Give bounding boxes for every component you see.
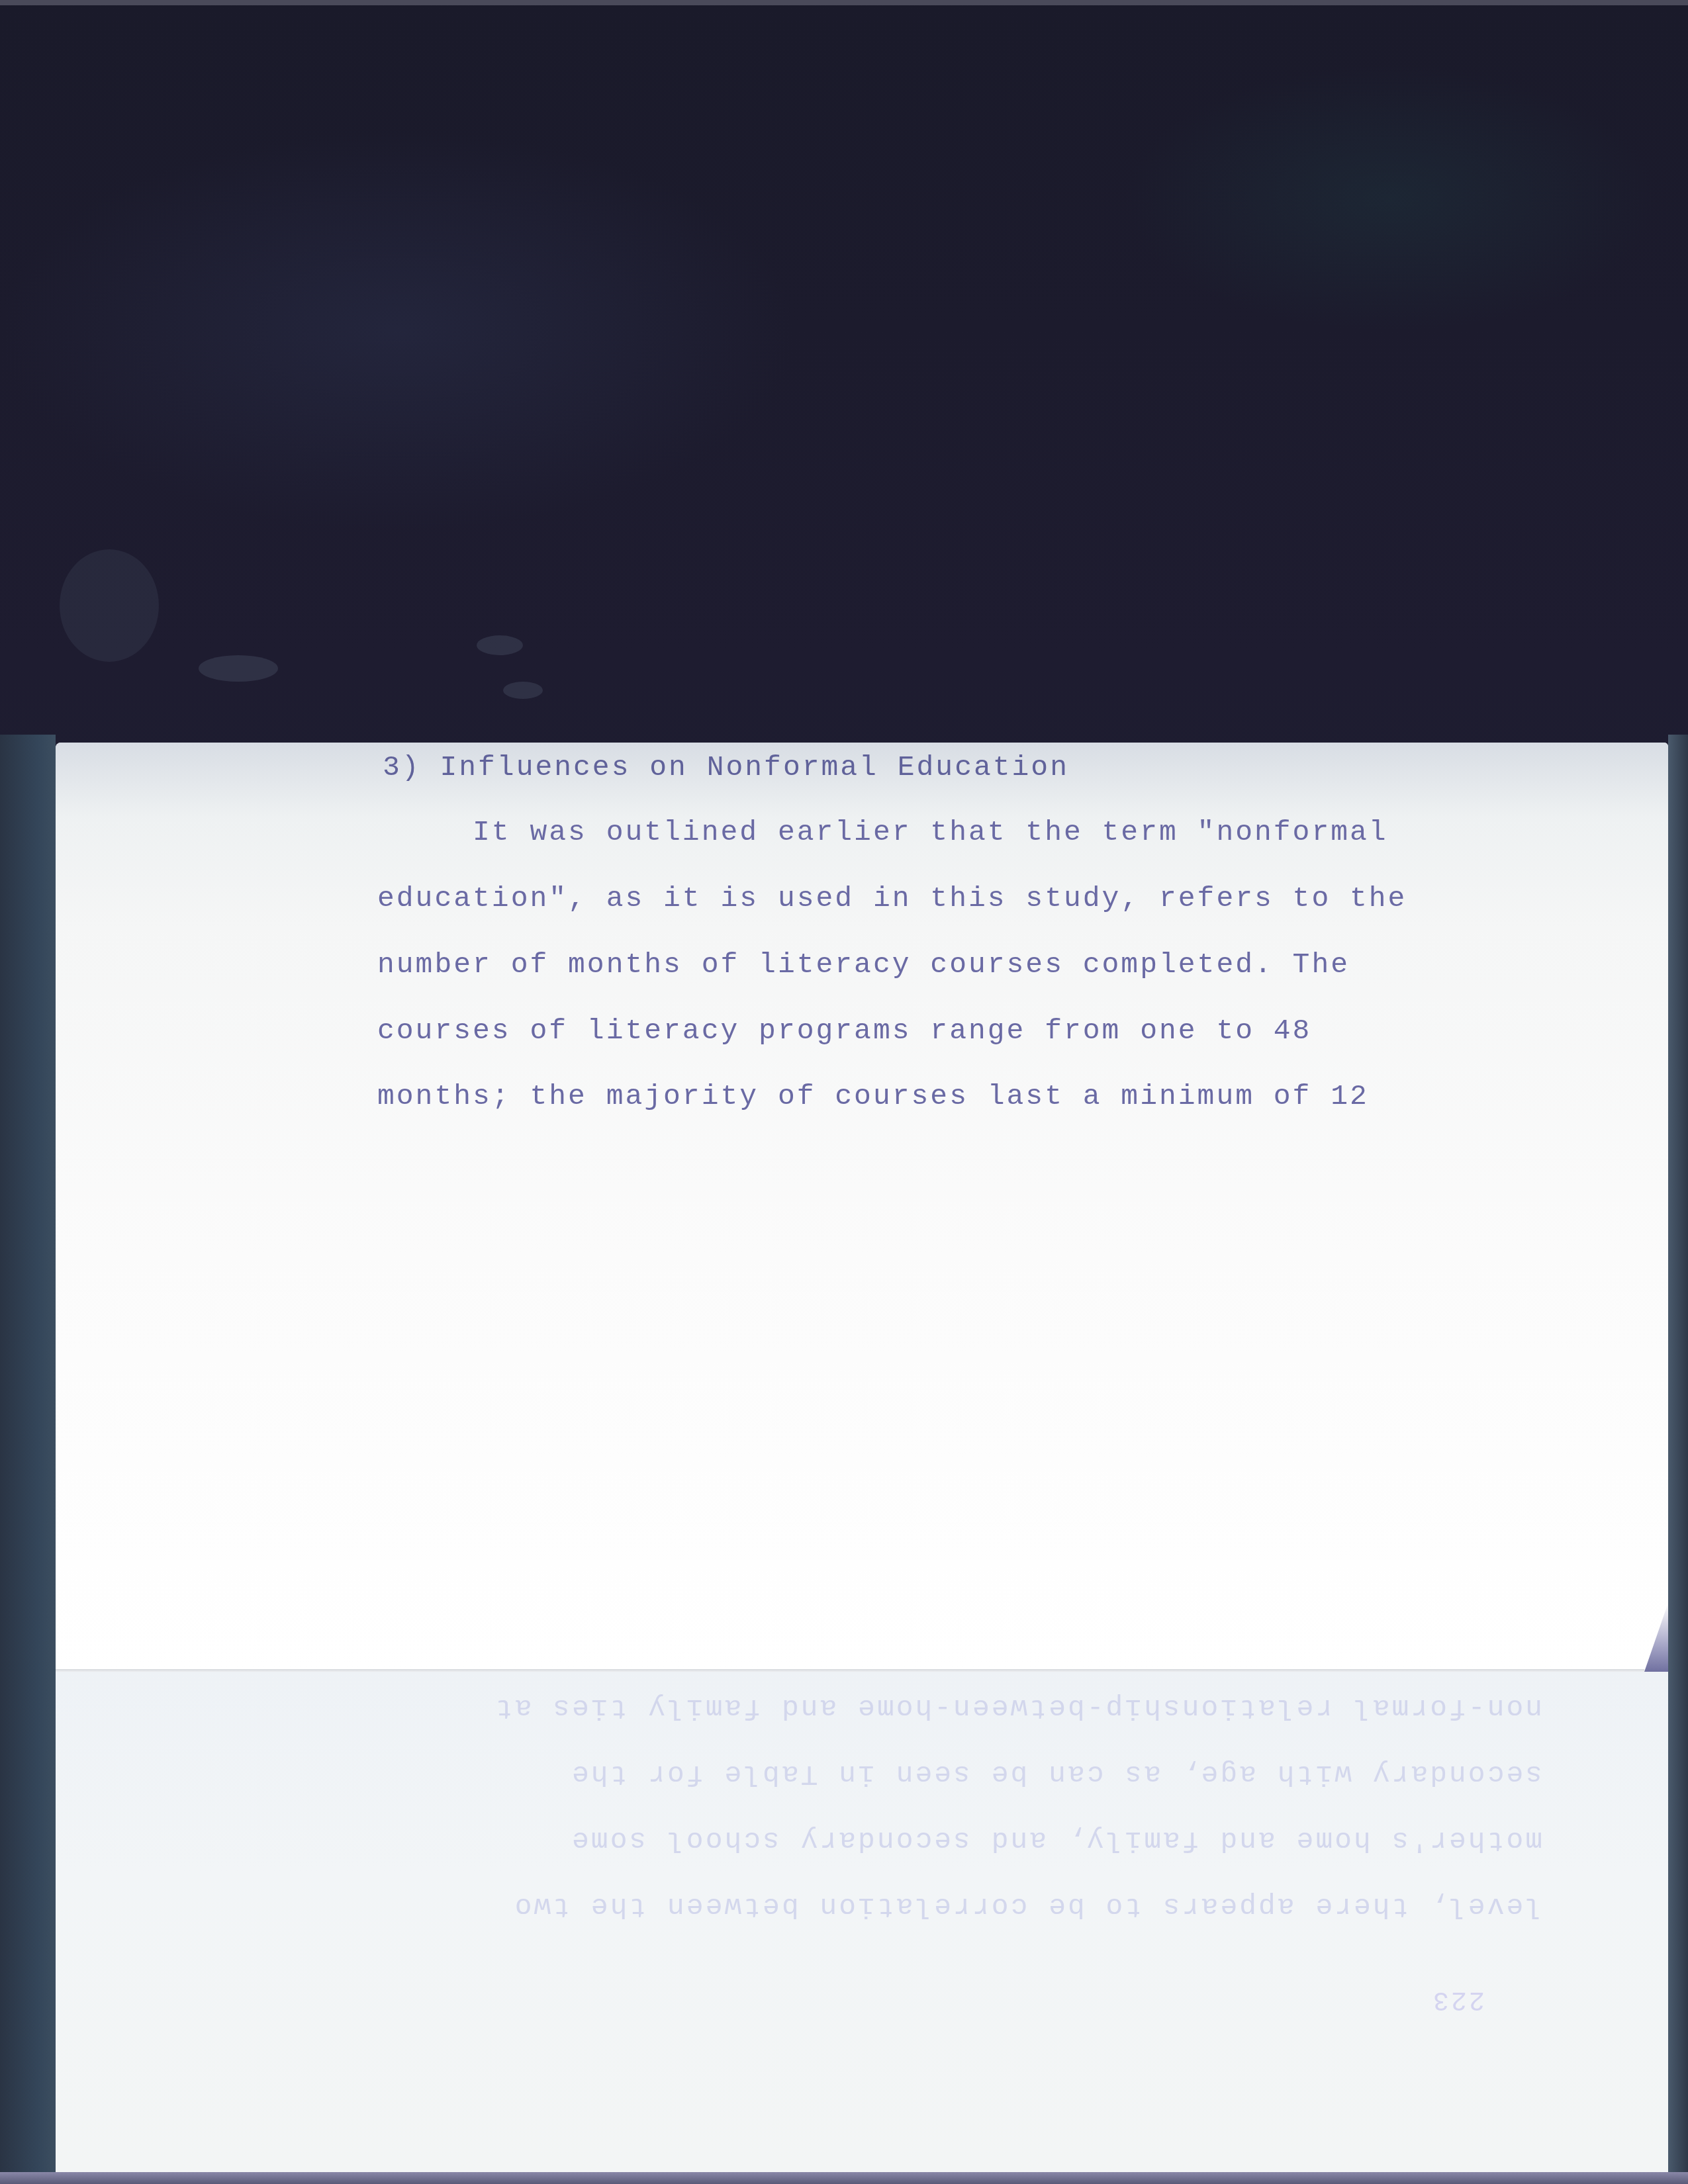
dust-smudge xyxy=(60,549,159,662)
show-through-line: mother's home and family, and secondary … xyxy=(570,1820,1542,1860)
section-heading: 3) Influences on Nonformal Education xyxy=(383,748,1069,788)
paragraph-line: courses of literacy programs range from … xyxy=(377,1011,1311,1051)
paragraph-line: months; the majority of courses last a m… xyxy=(377,1077,1369,1116)
paragraph-line: number of months of literacy courses com… xyxy=(377,945,1350,985)
show-through-line: secondary with age, as can be seen in Ta… xyxy=(570,1754,1542,1794)
paragraph-line: education", as it is used in this study,… xyxy=(377,879,1407,919)
dust-smudge xyxy=(477,635,523,655)
scan-top-edge xyxy=(0,0,1688,5)
scan-left-margin xyxy=(0,735,56,2184)
show-through-line: level, there appears to be correlation b… xyxy=(513,1886,1542,1926)
dust-smudge xyxy=(199,655,278,682)
page-number-mirrored: 223 xyxy=(1431,1984,1485,2014)
scan-right-margin xyxy=(1668,735,1688,2184)
dust-smudge xyxy=(503,682,543,699)
show-through-text: level, there appears to be correlation b… xyxy=(377,1681,1542,1926)
scan-bottom-edge xyxy=(0,2172,1688,2184)
paragraph-line: It was outlined earlier that the term "n… xyxy=(377,813,1388,852)
show-through-line: non-formal relationship-between-home and… xyxy=(494,1688,1542,1727)
